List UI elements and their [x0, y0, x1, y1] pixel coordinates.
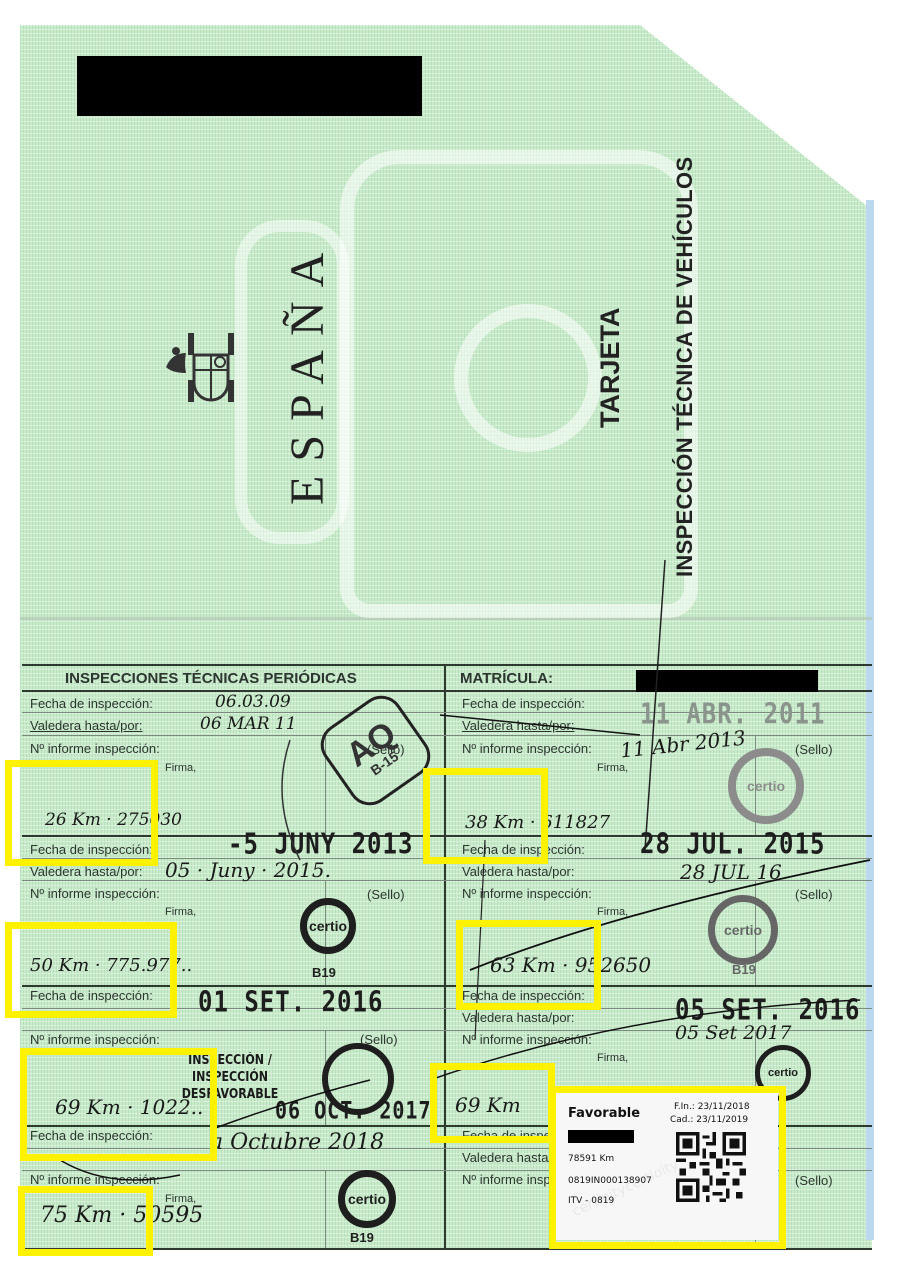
sello-label: (Sello)	[795, 742, 833, 757]
firma-label: Firma,	[597, 762, 628, 774]
highlight-box	[5, 760, 158, 866]
left-3-fecha-value: 01 SET. 2016	[198, 985, 383, 1019]
highlight-box	[456, 920, 601, 1010]
informe-label: Nº informe inspección:	[30, 1172, 160, 1187]
fecha-label: Fecha de inspección:	[462, 696, 585, 711]
firma-label: Firma,	[597, 906, 628, 918]
fecha-label: Fecha de inspección:	[30, 696, 153, 711]
right-2-fecha-value: 28 JUL. 2015	[640, 827, 825, 861]
redacted-owner	[77, 56, 422, 116]
informe-label: Nº informe inspección:	[462, 886, 592, 901]
form-top-rule	[22, 664, 872, 666]
sello-label: (Sello)	[367, 887, 405, 902]
highlight-box	[423, 768, 548, 864]
sello-label: (Sello)	[795, 887, 833, 902]
informe-label: Nº informe inspección:	[30, 741, 160, 756]
highlight-box	[18, 1186, 153, 1256]
left-1-fecha-value: 06.03.09	[215, 692, 291, 712]
certio-stamp-icon: certio	[708, 895, 778, 965]
highlight-box	[5, 922, 177, 1018]
informe-label: Nº informe inspección:	[462, 1032, 592, 1047]
redacted-plate	[636, 670, 818, 692]
firma-label: Firma,	[165, 762, 196, 774]
informe-label: Nº informe inspección:	[30, 886, 160, 901]
stamp-code: B19	[350, 1230, 374, 1245]
informe-label: Nº informe inspección:	[30, 1032, 160, 1047]
certio-stamp-icon: certio	[300, 898, 356, 954]
firma-label: Firma,	[597, 1052, 628, 1064]
right-2-valedera-value: 28 JUL 16	[680, 860, 782, 884]
stamp-code: B19	[732, 962, 756, 977]
crest-watermark	[340, 150, 698, 618]
left-column-header: INSPECCIONES TÉCNICAS PERIÓDICAS	[65, 670, 357, 687]
certio-stamp-icon: certio	[338, 1170, 396, 1228]
left-2-fecha-value: -5 JUNY 2013	[228, 827, 413, 861]
valedera-label: Valedera hasta/por:	[462, 864, 575, 879]
card-title: TARJETA	[595, 308, 626, 429]
stamp-code: B19	[312, 965, 336, 980]
informe-label: Nº informe inspección:	[462, 741, 592, 756]
valedera-label: Valedera hasta/por:	[30, 864, 143, 879]
coat-of-arms-icon	[160, 325, 245, 410]
left-4-valedera-value: a Octubre 2018	[210, 1130, 384, 1155]
certio-stamp-icon	[322, 1043, 394, 1115]
country-title: ESPAÑA	[280, 239, 335, 505]
valedera-label: Valedera hasta/por:	[462, 1010, 575, 1025]
valedera-label: Valedera hasta/por:	[30, 718, 143, 733]
card-edge	[866, 200, 874, 1240]
certio-stamp-icon: certio	[728, 748, 804, 824]
card-subtitle: INSPECCIÓN TÉCNICA DE VEHÍCULOS	[672, 157, 698, 577]
highlight-box	[20, 1048, 217, 1161]
left-2-valedera-value: 05 · Juny · 2015.	[165, 858, 331, 882]
highlight-box	[549, 1086, 786, 1249]
highlight-box	[430, 1063, 555, 1143]
column-divider	[444, 664, 446, 1249]
left-1-valedera-value: 06 MAR 11	[200, 714, 297, 734]
valedera-label: Valedera hasta/por:	[462, 718, 575, 733]
right-3-informe-value: 05 Set 2017	[675, 1022, 792, 1044]
firma-label: Firma,	[165, 906, 196, 918]
sello-label: (Sello)	[795, 1173, 833, 1188]
plate-label: MATRÍCULA:	[460, 670, 553, 687]
